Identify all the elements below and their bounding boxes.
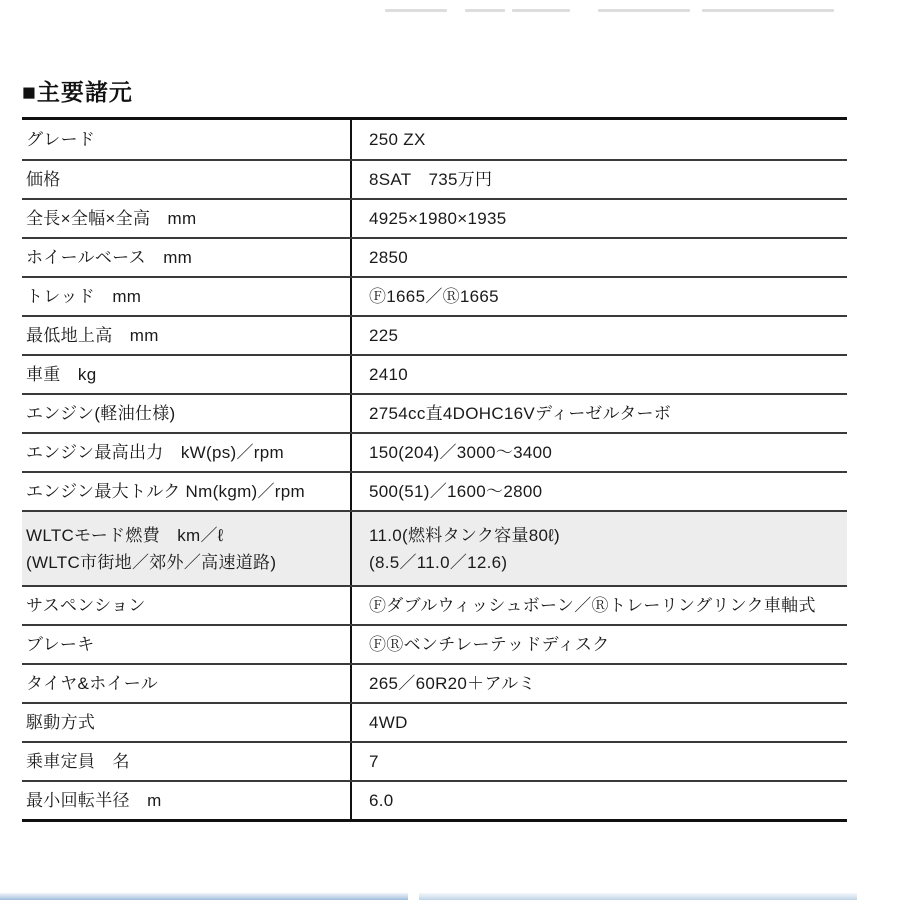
spec-value-line: 2410 (369, 361, 847, 388)
table-row: WLTCモード燃費 km／ℓ(WLTC市街地／郊外／高速道路)11.0(燃料タン… (22, 510, 847, 585)
footer-band-left (0, 893, 408, 900)
spec-value-line: 4WD (369, 709, 847, 736)
spec-label-line: グレード (26, 126, 350, 153)
spec-value: 11.0(燃料タンク容量80ℓ)(8.5／11.0／12.6) (352, 512, 847, 585)
spec-value: 500(51)／1600～2800 (352, 473, 847, 510)
spec-value-line: ⒻⓇベンチレーテッドディスク (369, 631, 847, 658)
spec-label: 価格 (22, 161, 352, 198)
spec-label-line: ブレーキ (26, 631, 350, 658)
page: ■主要諸元 グレード250 ZX価格8SAT 735万円全長×全幅×全高 mm4… (0, 0, 900, 900)
spec-label-line: 最小回転半径 m (26, 787, 350, 814)
spec-value-line: 250 ZX (369, 126, 847, 153)
spec-label: 全長×全幅×全高 mm (22, 200, 352, 237)
spec-label-line: エンジン最大トルク Nm(kgm)／rpm (26, 478, 350, 505)
spec-label-line: 全長×全幅×全高 mm (26, 205, 350, 232)
spec-label-line: タイヤ&ホイール (26, 670, 350, 697)
table-row: 最小回転半径 m6.0 (22, 780, 847, 819)
cropped-text-artifact (465, 9, 505, 12)
spec-label: 最低地上高 mm (22, 317, 352, 354)
spec-label-line: WLTCモード燃費 km／ℓ (26, 522, 350, 549)
table-row: ブレーキⒻⓇベンチレーテッドディスク (22, 624, 847, 663)
spec-value: 6.0 (352, 782, 847, 819)
spec-label-line: 最低地上高 mm (26, 322, 350, 349)
table-row: 全長×全幅×全高 mm4925×1980×1935 (22, 198, 847, 237)
table-row: 車重 kg2410 (22, 354, 847, 393)
spec-value-line: 265／60R20＋アルミ (369, 670, 847, 697)
spec-value: 265／60R20＋アルミ (352, 665, 847, 702)
table-row: エンジン最大トルク Nm(kgm)／rpm500(51)／1600～2800 (22, 471, 847, 510)
spec-value-line: 150(204)／3000～3400 (369, 439, 847, 466)
spec-value: 2754cc直4DOHC16Vディーゼルターボ (352, 395, 847, 432)
spec-value-line: 2850 (369, 244, 847, 271)
spec-label: グレード (22, 120, 352, 159)
table-row: 最低地上高 mm225 (22, 315, 847, 354)
spec-label-line: サスペンション (26, 592, 350, 619)
spec-value-line: Ⓕ1665／Ⓡ1665 (369, 283, 847, 310)
spec-label: トレッド mm (22, 278, 352, 315)
spec-label: タイヤ&ホイール (22, 665, 352, 702)
spec-label: サスペンション (22, 587, 352, 624)
spec-value-line: (8.5／11.0／12.6) (369, 549, 847, 576)
spec-value-line: 7 (369, 748, 847, 775)
spec-value: ⒻⓇベンチレーテッドディスク (352, 626, 847, 663)
spec-value: 4WD (352, 704, 847, 741)
footer-band-right (419, 893, 857, 900)
spec-value-line: 6.0 (369, 787, 847, 814)
spec-value-line: 4925×1980×1935 (369, 205, 847, 232)
table-row: ホイールベース mm2850 (22, 237, 847, 276)
spec-label: 乗車定員 名 (22, 743, 352, 780)
spec-label-line: 駆動方式 (26, 709, 350, 736)
spec-label: 最小回転半径 m (22, 782, 352, 819)
spec-value: Ⓕダブルウィッシュボーン／Ⓡトレーリングリンク車軸式 (352, 587, 847, 624)
spec-label-line: ホイールベース mm (26, 244, 350, 271)
spec-label-line: 価格 (26, 166, 350, 193)
spec-label: 車重 kg (22, 356, 352, 393)
cropped-text-artifact (788, 9, 834, 12)
spec-value-line: 500(51)／1600～2800 (369, 478, 847, 505)
spec-table: グレード250 ZX価格8SAT 735万円全長×全幅×全高 mm4925×19… (22, 117, 847, 822)
table-row: グレード250 ZX (22, 120, 847, 159)
spec-label-line: トレッド mm (26, 283, 350, 310)
table-row: タイヤ&ホイール265／60R20＋アルミ (22, 663, 847, 702)
spec-label-line: (WLTC市街地／郊外／高速道路) (26, 549, 350, 576)
spec-value: Ⓕ1665／Ⓡ1665 (352, 278, 847, 315)
spec-value-line: Ⓕダブルウィッシュボーン／Ⓡトレーリングリンク車軸式 (369, 592, 847, 619)
spec-label: エンジン最高出力 kW(ps)／rpm (22, 434, 352, 471)
spec-label: ホイールベース mm (22, 239, 352, 276)
spec-label: ブレーキ (22, 626, 352, 663)
spec-value-line: 8SAT 735万円 (369, 166, 847, 193)
spec-value: 2850 (352, 239, 847, 276)
spec-value: 7 (352, 743, 847, 780)
spec-value-line: 11.0(燃料タンク容量80ℓ) (369, 522, 847, 549)
spec-value: 250 ZX (352, 120, 847, 159)
cropped-text-artifact (598, 9, 690, 12)
table-row: トレッド mmⒻ1665／Ⓡ1665 (22, 276, 847, 315)
table-row: 乗車定員 名7 (22, 741, 847, 780)
cropped-text-artifact (512, 9, 570, 12)
spec-value-line: 225 (369, 322, 847, 349)
table-row: 駆動方式4WD (22, 702, 847, 741)
spec-label: 駆動方式 (22, 704, 352, 741)
spec-value: 2410 (352, 356, 847, 393)
cropped-text-artifact (385, 9, 447, 12)
spec-value: 4925×1980×1935 (352, 200, 847, 237)
spec-label-line: 乗車定員 名 (26, 748, 350, 775)
spec-value-line: 2754cc直4DOHC16Vディーゼルターボ (369, 400, 847, 427)
page-title: ■主要諸元 (22, 74, 133, 107)
spec-label: エンジン最大トルク Nm(kgm)／rpm (22, 473, 352, 510)
table-row: サスペンションⒻダブルウィッシュボーン／Ⓡトレーリングリンク車軸式 (22, 585, 847, 624)
table-row: エンジン(軽油仕様)2754cc直4DOHC16Vディーゼルターボ (22, 393, 847, 432)
spec-label: WLTCモード燃費 km／ℓ(WLTC市街地／郊外／高速道路) (22, 512, 352, 585)
spec-label-line: 車重 kg (26, 361, 350, 388)
table-row: 価格8SAT 735万円 (22, 159, 847, 198)
spec-value: 150(204)／3000～3400 (352, 434, 847, 471)
spec-label-line: エンジン(軽油仕様) (26, 400, 350, 427)
spec-label-line: エンジン最高出力 kW(ps)／rpm (26, 439, 350, 466)
spec-label: エンジン(軽油仕様) (22, 395, 352, 432)
spec-value: 225 (352, 317, 847, 354)
table-row: エンジン最高出力 kW(ps)／rpm150(204)／3000～3400 (22, 432, 847, 471)
spec-value: 8SAT 735万円 (352, 161, 847, 198)
